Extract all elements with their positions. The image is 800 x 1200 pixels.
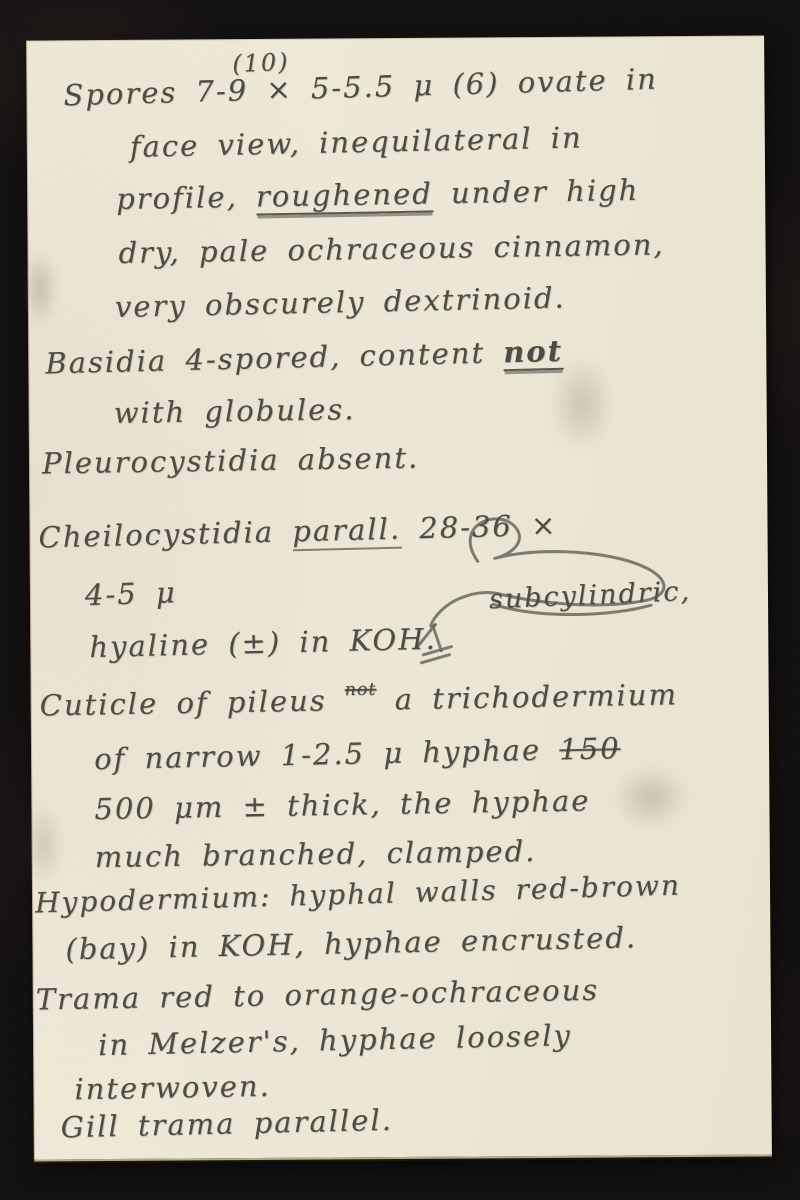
handwritten-text: Trama red to orange-ochraceous (35, 973, 599, 1017)
handwritten-text: (bay) in KOH, hyphae encrusted. (65, 920, 637, 966)
handwritten-text: interwoven. (74, 1069, 271, 1106)
index-card: (10)Spores 7-9 × 5-5.5 μ (6) ovate infac… (26, 35, 772, 1161)
line-cheilocystidia-2: 4-5 μ (84, 578, 177, 610)
line-hypodermium-1: Hypodermium: hyphal walls red-brown (35, 872, 682, 918)
handwritten-text: with globules. (113, 392, 355, 430)
line-basidia-1: Basidia 4-spored, content not (45, 337, 563, 379)
note-lines: (10)Spores 7-9 × 5-5.5 μ (6) ovate infac… (27, 36, 764, 41)
line-pleurocystidia: Pleurocystidia absent. (42, 444, 420, 479)
line-spores-1: Spores 7-9 × 5-5.5 μ (6) ovate in (63, 65, 658, 111)
line-spores-2: face view, inequilateral in (130, 123, 583, 161)
handwritten-text: 150 (559, 731, 621, 766)
handwritten-text: very obscurely dextrinoid. (115, 281, 566, 324)
handwritten-text: parall. (292, 512, 402, 552)
handwritten-text: Pleurocystidia absent. (42, 441, 420, 481)
line-spores-3: profile, roughened under high (116, 176, 640, 214)
handwritten-text: dry, pale ochraceous cinnamon, (118, 227, 665, 270)
handwritten-text: a trichodermium (376, 677, 678, 716)
handwritten-text: Spores 7-9 × 5-5.5 μ (6) ovate in (63, 62, 658, 113)
line-trama-2: in Melzer's, hyphae loosely (98, 1021, 572, 1060)
line-basidia-2: with globules. (113, 395, 355, 428)
handwritten-text: roughened (256, 176, 433, 215)
handwritten-text: Cuticle of pileus (39, 683, 345, 722)
handwritten-text: Hypodermium: hyphal walls red-brown (35, 869, 682, 920)
line-cuticle-1: Cuticle of pileus not a trichodermium (39, 680, 678, 720)
line-cheilocystidia-3: subcylindric, (488, 578, 691, 613)
line-gill-trama: Gill trama parallel. (60, 1106, 393, 1143)
pencil-smudge (549, 355, 614, 451)
pencil-smudge (612, 765, 688, 830)
handwritten-text: under high (432, 173, 639, 211)
handwritten-text: face view, inequilateral in (129, 120, 583, 163)
handwritten-text: not (345, 680, 377, 701)
line-cheilocystidia-4: hyaline (±) in KOH. (89, 625, 437, 662)
handwritten-text: much branched, clamped. (95, 834, 537, 874)
handwritten-text: 28-36 × (401, 508, 558, 546)
handwritten-text: 4-5 μ (84, 575, 177, 612)
handwritten-text: of narrow 1-2.5 μ hyphae (94, 732, 560, 776)
handwritten-text: Cheilocystidia (38, 514, 293, 554)
handwritten-text: Gill trama parallel. (60, 1103, 393, 1145)
line-hypodermium-2: (bay) in KOH, hyphae encrusted. (65, 923, 637, 964)
pencil-smudge (24, 801, 63, 887)
line-trama-3: interwoven. (74, 1072, 271, 1104)
handwritten-text: 500 μm ± thick, the hyphae (94, 783, 591, 826)
handwritten-text: in Melzer's, hyphae loosely (98, 1018, 572, 1062)
line-trama-1: Trama red to orange-ochraceous (36, 976, 600, 1015)
line-cuticle-3: 500 μm ± thick, the hyphae (94, 786, 590, 824)
handwritten-text: profile, (116, 180, 256, 216)
handwritten-text: Basidia 4-spored, content (45, 335, 504, 380)
photo-background: (10)Spores 7-9 × 5-5.5 μ (6) ovate infac… (0, 0, 800, 1200)
line-cuticle-4: much branched, clamped. (95, 837, 537, 872)
line-spores-5: very obscurely dextrinoid. (115, 284, 566, 322)
line-spores-4: dry, pale ochraceous cinnamon, (118, 230, 664, 268)
line-cuticle-2: of narrow 1-2.5 μ hyphae 150 (94, 734, 621, 774)
pencil-smudge (23, 249, 58, 327)
handwritten-text: not (503, 334, 564, 371)
